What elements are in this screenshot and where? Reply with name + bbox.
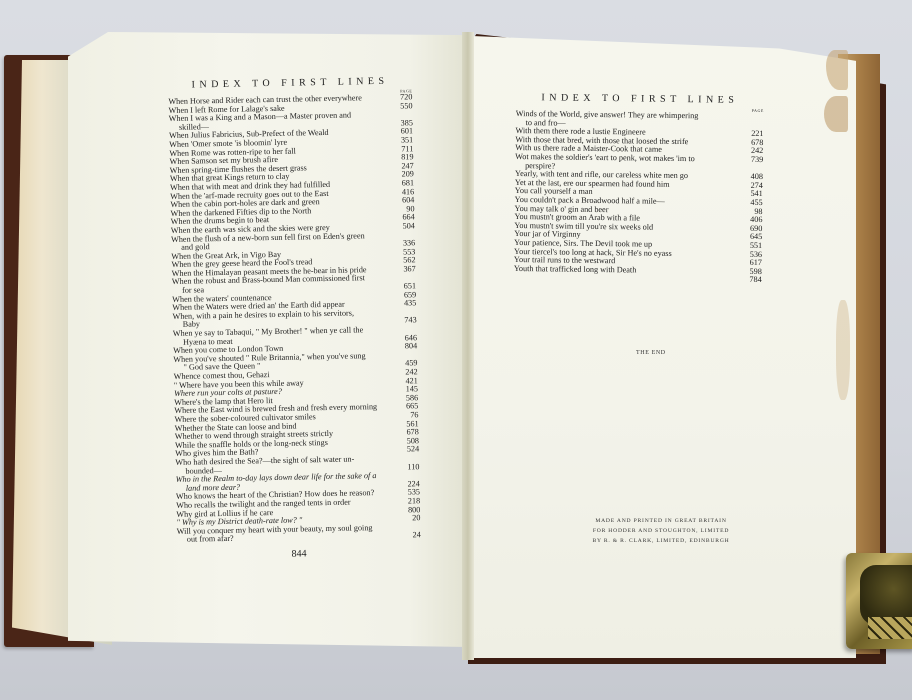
entry-page-number: 524: [403, 446, 419, 455]
entry-page-number: [748, 113, 764, 122]
left-page-text: INDEX TO FIRST LINES PAGE When Horse and…: [168, 75, 421, 561]
entry-page-number: 739: [747, 156, 763, 165]
printer-imprint: MADE AND PRINTED IN GREAT BRITAIN FOR HO…: [566, 516, 756, 546]
foxing-stain: [824, 96, 848, 132]
right-index-list: Winds of the World, give answer! They ar…: [514, 110, 764, 285]
book-gutter: [462, 32, 474, 660]
imprint-line: MADE AND PRINTED IN GREAT BRITAIN: [566, 516, 756, 526]
left-index-list: When Horse and Rider each can trust the …: [168, 93, 421, 544]
entry-page-number: 504: [399, 222, 415, 231]
clip-lattice: [868, 617, 912, 639]
imprint-line: FOR HODDER AND STOUGHTON, LIMITED: [566, 526, 756, 536]
open-book-photo: INDEX TO FIRST LINES PAGE When Horse and…: [0, 0, 912, 700]
entry-page-number: 20: [404, 514, 420, 523]
imprint-line: BY R. & R. CLARK, LIMITED, EDINBURGH: [566, 536, 756, 546]
entry-page-number: 804: [401, 342, 417, 351]
clip-hand-relief: [860, 565, 912, 625]
entry-page-number: 110: [403, 463, 419, 472]
entry-page-number: 743: [401, 317, 417, 326]
the-end-label: THE END: [636, 350, 666, 356]
entry-page-number: 24: [405, 532, 421, 541]
right-page-text: INDEX TO FIRST LINES PAGE Winds of the W…: [514, 92, 764, 285]
brass-book-clip: [846, 553, 912, 649]
entry-page-number: 784: [746, 276, 762, 285]
foxing-stain: [836, 300, 850, 400]
right-page-title: INDEX TO FIRST LINES: [516, 92, 764, 106]
entry-page-number: 550: [396, 102, 412, 111]
entry-page-number: 367: [400, 265, 416, 274]
entry-page-number: 435: [400, 300, 416, 309]
